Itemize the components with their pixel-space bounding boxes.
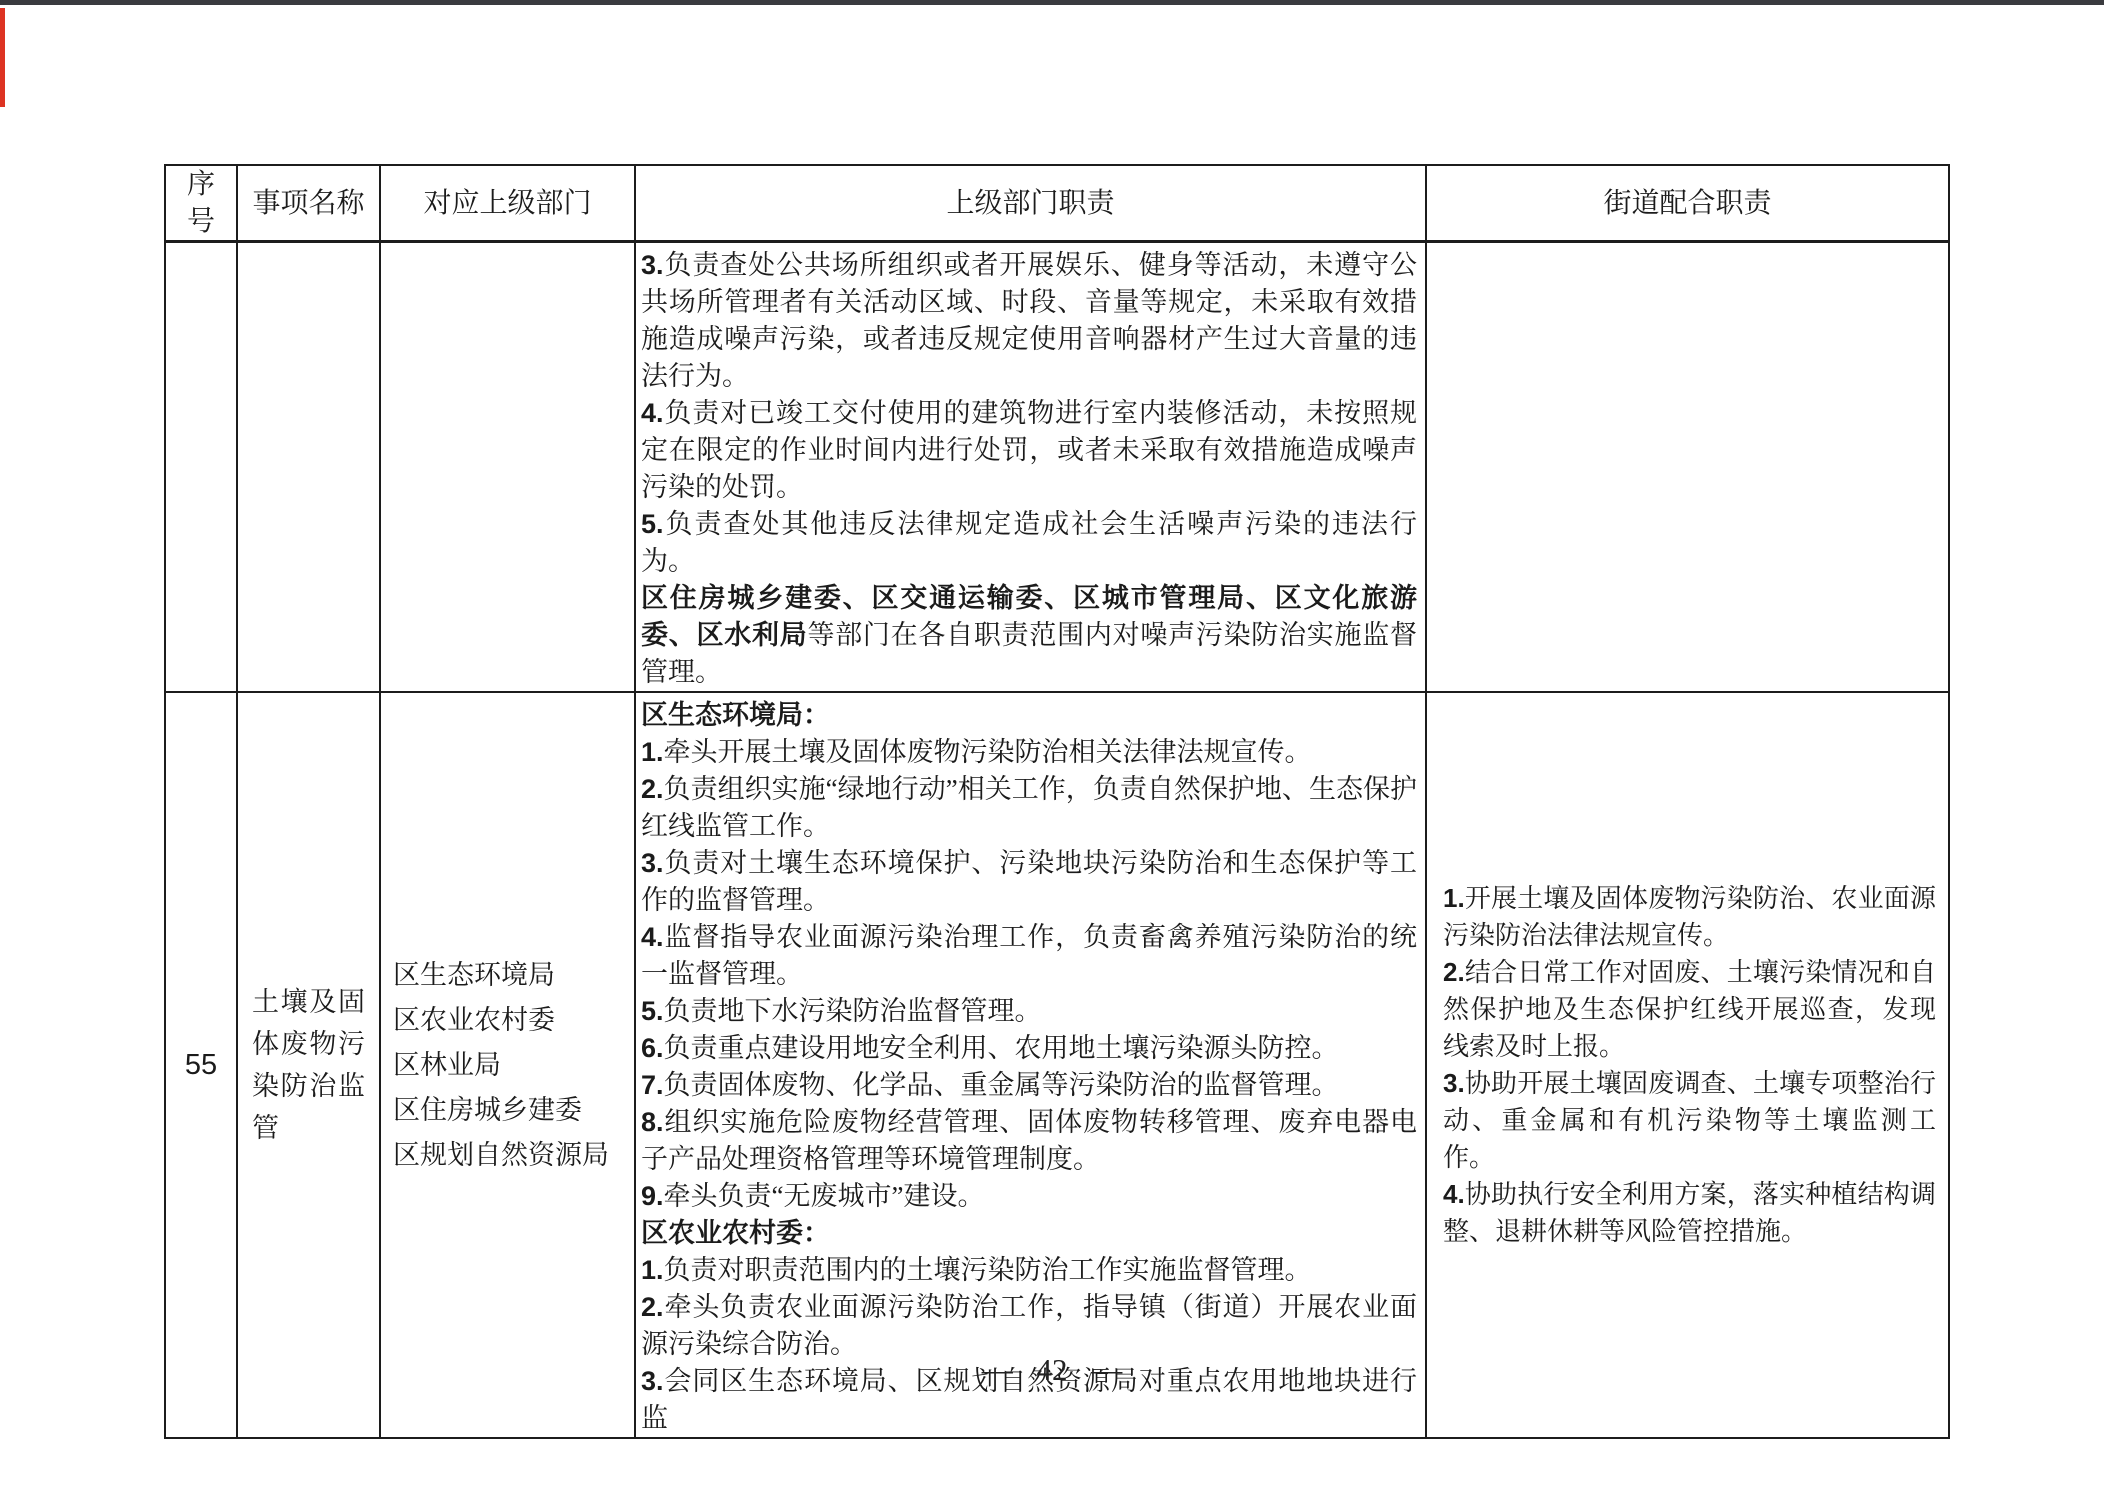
- cell-superior-departments: 区生态环境局区农业农村委区林业局区住房城乡建委区规划自然资源局: [380, 692, 635, 1438]
- paragraph: 区住房城乡建委: [393, 1088, 622, 1133]
- paragraph: 4.监督指导农业面源污染治理工作，负责畜禽养殖污染防治的统一监督管理。: [641, 919, 1417, 993]
- paragraph: 区住房城乡建委、区交通运输委、区城市管理局、区文化旅游委、区水利局等部门在各自职…: [641, 580, 1417, 691]
- col-header-item-name: 事项名称: [237, 165, 380, 242]
- paragraph: 7.负责固体废物、化学品、重金属等污染防治的监督管理。: [641, 1067, 1417, 1104]
- paragraph: 4.协助执行安全利用方案，落实种植结构调整、退耕休耕等风险管控措施。: [1443, 1176, 1936, 1250]
- paragraph: 区生态环境局：: [641, 697, 1417, 734]
- col-header-superior-dept: 对应上级部门: [380, 165, 635, 242]
- paragraph: 2.负责组织实施“绿地行动”相关工作，负责自然保护地、生态保护红线监管工作。: [641, 771, 1417, 845]
- paragraph: 3.协助开展土壤固废调查、土壤专项整治行动、重金属和有机污染物等土壤监测工作。: [1443, 1065, 1936, 1176]
- paragraph: 9.牵头负责“无废城市”建设。: [641, 1178, 1417, 1215]
- page-number: — 42 —: [0, 1352, 2104, 1388]
- window-top-edge: [0, 0, 2104, 5]
- table-header-row: 序号 事项名称 对应上级部门 上级部门职责 街道配合职责: [165, 165, 1949, 242]
- paragraph: 区农业农村委: [393, 998, 622, 1043]
- paragraph: 区农业农村委：: [641, 1215, 1417, 1252]
- paragraph: 5.负责查处其他违反法律规定造成社会生活噪声污染的违法行为。: [641, 506, 1417, 580]
- col-header-superior-duties: 上级部门职责: [635, 165, 1426, 242]
- table-row-55: 55 土壤及固体废物污染防治监管 区生态环境局区农业农村委区林业局区住房城乡建委…: [165, 692, 1949, 1438]
- duty-table: 序号 事项名称 对应上级部门 上级部门职责 街道配合职责 3.负责查处公共场所组…: [164, 164, 1950, 1439]
- paragraph: 5.负责地下水污染防治监督管理。: [641, 993, 1417, 1030]
- red-annotation-mark: [0, 8, 5, 107]
- paragraph: 8.组织实施危险废物经营管理、固体废物转移管理、废弃电器电子产品处理资格管理等环…: [641, 1104, 1417, 1178]
- paragraph: 区生态环境局: [393, 953, 622, 998]
- paragraph: 区林业局: [393, 1043, 622, 1088]
- cell-street-duties: [1426, 242, 1949, 693]
- paragraph: 1.负责对职责范围内的土壤污染防治工作实施监督管理。: [641, 1252, 1417, 1289]
- document-page: 序号 事项名称 对应上级部门 上级部门职责 街道配合职责 3.负责查处公共场所组…: [0, 0, 2104, 1488]
- paragraph: 3.负责对土壤生态环境保护、污染地块污染防治和生态保护等工作的监督管理。: [641, 845, 1417, 919]
- cell-superior-duties: 区生态环境局：1.牵头开展土壤及固体废物污染防治相关法律法规宣传。2.负责组织实…: [635, 692, 1426, 1438]
- paragraph: 区规划自然资源局: [393, 1133, 622, 1178]
- cell-item-name: 土壤及固体废物污染防治监管: [237, 692, 380, 1438]
- col-header-street-duties: 街道配合职责: [1426, 165, 1949, 242]
- paragraph: 4.负责对已竣工交付使用的建筑物进行室内装修活动，未按照规定在限定的作业时间内进…: [641, 395, 1417, 506]
- cell-item-name: [237, 242, 380, 693]
- table-row-continuation: 3.负责查处公共场所组织或者开展娱乐、健身等活动，未遵守公共场所管理者有关活动区…: [165, 242, 1949, 693]
- col-header-seq: 序号: [165, 165, 237, 242]
- cell-seq: 55: [165, 692, 237, 1438]
- cell-superior-departments: [380, 242, 635, 693]
- cell-street-duties: 1.开展土壤及固体废物污染防治、农业面源污染防治法律法规宣传。2.结合日常工作对…: [1426, 692, 1949, 1438]
- paragraph: 1.牵头开展土壤及固体废物污染防治相关法律法规宣传。: [641, 734, 1417, 771]
- cell-seq: [165, 242, 237, 693]
- paragraph: 1.开展土壤及固体废物污染防治、农业面源污染防治法律法规宣传。: [1443, 880, 1936, 954]
- cell-superior-duties: 3.负责查处公共场所组织或者开展娱乐、健身等活动，未遵守公共场所管理者有关活动区…: [635, 242, 1426, 693]
- paragraph: 6.负责重点建设用地安全利用、农用地土壤污染源头防控。: [641, 1030, 1417, 1067]
- paragraph: 3.负责查处公共场所组织或者开展娱乐、健身等活动，未遵守公共场所管理者有关活动区…: [641, 247, 1417, 395]
- paragraph: 2.结合日常工作对固废、土壤污染情况和自然保护地及生态保护红线开展巡查，发现线索…: [1443, 954, 1936, 1065]
